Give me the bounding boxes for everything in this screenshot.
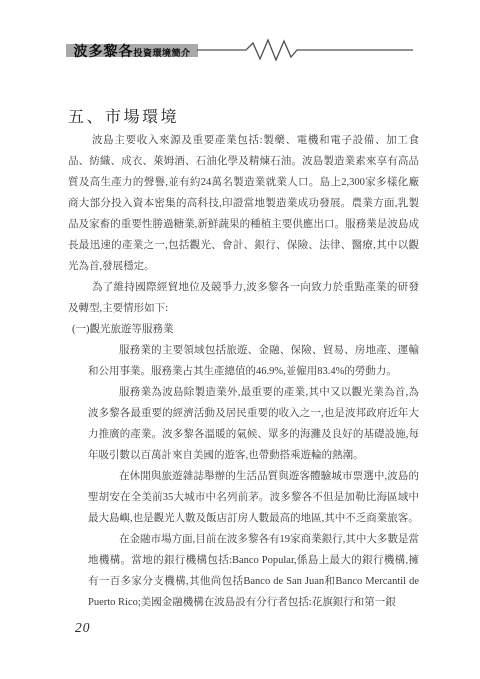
section-heading: 五、市場環境 (68, 104, 179, 127)
brand-title: 波多黎各 (73, 41, 133, 61)
sub-paragraph: 服務業的主要領域包括旅遊、金融、保險、貿易、房地產、運輸和公用事業。服務業占其生… (88, 340, 419, 382)
paragraph: 為了維持國際經貿地位及競爭力,波多黎各一向致力於重點產業的研發及轉型,主要情形如… (68, 277, 419, 319)
heartbeat-line-icon (197, 38, 413, 62)
paragraph: 波島主要收入來源及重要產業包括:製藥、電機和電子設備、加工食品、紡織、成衣、萊姆… (68, 130, 419, 277)
document-page: 波多黎各投資環境簡介 五、市場環境 波島主要收入來源及重要產業包括:製藥、電機和… (0, 0, 480, 679)
sub-paragraph: 服務業為波島除製造業外,最重要的產業,其中又以觀光業為首,為波多黎各最重要的經濟… (88, 382, 419, 466)
header-brand-text: 波多黎各投資環境簡介 (73, 41, 190, 61)
sub-paragraph: 在金融市場方面,目前在波多黎各有19家商業銀行,其中大多數是當地機構。當地的銀行… (88, 529, 419, 613)
brand-subtitle: 投資環境簡介 (133, 46, 190, 59)
page-number: 20 (75, 620, 91, 636)
sub-paragraph: 在休閒與旅遊雜誌舉辦的生活品質與遊客體驗城市票選中,波島的聖胡安在全美前35大城… (88, 466, 419, 529)
body-text-block: 波島主要收入來源及重要產業包括:製藥、電機和電子設備、加工食品、紡織、成衣、萊姆… (68, 130, 419, 613)
list-item-heading: (一)觀光旅遊等服務業 (68, 319, 419, 340)
header-brand-bar: 波多黎各投資環境簡介 (66, 44, 198, 57)
